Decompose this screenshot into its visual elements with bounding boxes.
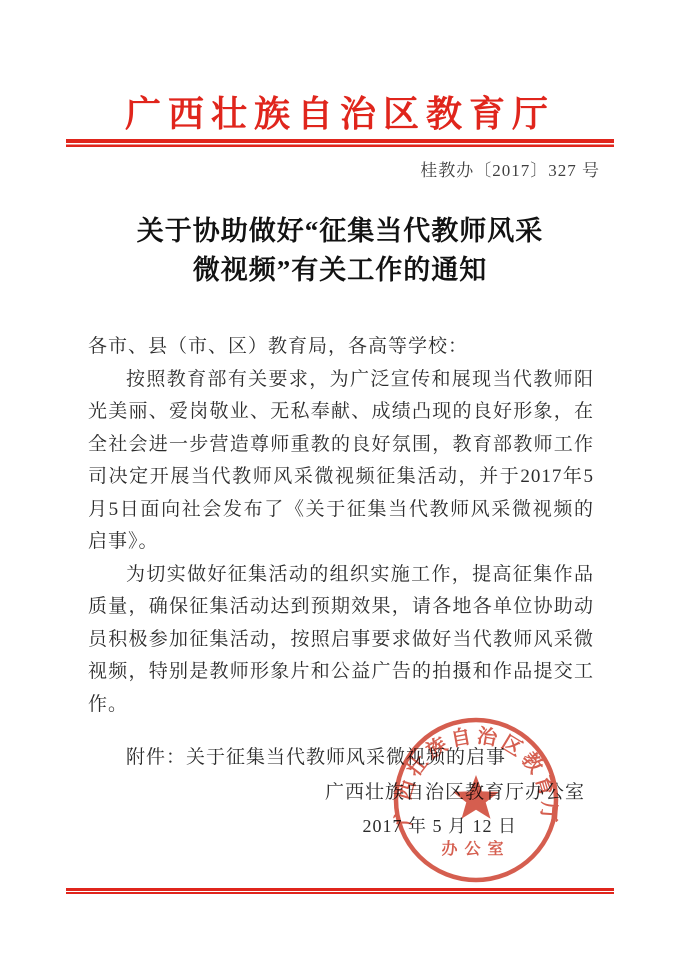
attachment-line: 附件：关于征集当代教师风采微视频的启事 — [88, 742, 594, 775]
issuing-agency-title: 广西壮族自治区教育厅 — [0, 86, 680, 137]
document-number: 桂教办〔2017〕327 号 — [420, 156, 600, 181]
official-document-page: 广西壮族自治区教育厅 桂教办〔2017〕327 号 关于协助做好“征集当代教师风… — [0, 0, 680, 961]
salutation-line: 各市、县（市、区）教育局，各高等学校： — [88, 331, 594, 364]
seal-bottom-text: 办公室 — [441, 839, 510, 858]
document-title-line2: 微视频”有关工作的通知 — [0, 251, 680, 290]
document-title: 关于协助做好“征集当代教师风采 微视频”有关工作的通知 — [0, 212, 680, 290]
body-paragraph: 为切实做好征集活动的组织实施工作，提高征集作品质量，确保征集活动达到预期效果，请… — [88, 559, 594, 722]
signature-date: 2017 年 5 月 12 日 — [363, 812, 518, 838]
body-paragraph: 按照教育部有关要求，为广泛宣传和展现当代教师阳光美丽、爱岗敬业、无私奉献、成绩凸… — [88, 364, 594, 559]
document-body: 各市、县（市、区）教育局，各高等学校： 按照教育部有关要求，为广泛宣传和展现当代… — [88, 331, 594, 775]
document-title-line1: 关于协助做好“征集当代教师风采 — [0, 212, 680, 251]
header-red-rule — [66, 139, 614, 147]
signature-issuer: 广西壮族自治区教育厅办公室 — [325, 777, 585, 804]
footer-red-rule — [66, 888, 614, 894]
